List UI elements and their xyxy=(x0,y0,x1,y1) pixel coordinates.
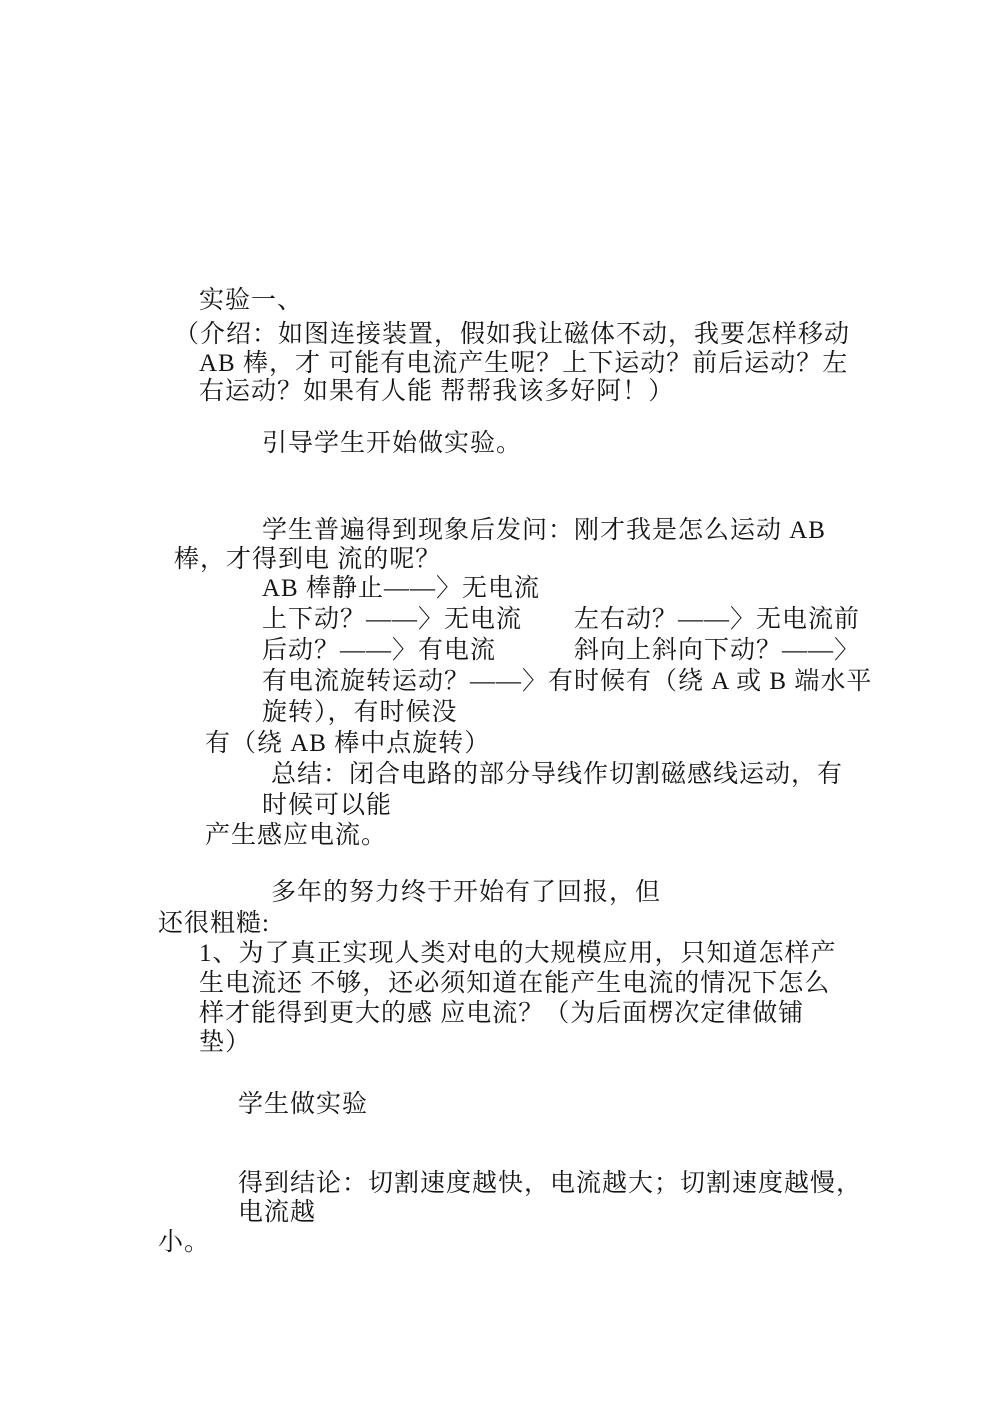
text-line: 1、为了真正实现人类对电的大规模应用，只知道怎样产 xyxy=(199,938,837,969)
text-line: 样才能得到更大的感 应电流？（为后面楞次定律做铺 xyxy=(199,998,804,1029)
text-line: 有电流旋转运动？——〉有时候有（绕 A 或 B 端水平 xyxy=(262,666,872,697)
text-line: （介绍：如图连接装置，假如我让磁体不动，我要怎样移动 xyxy=(174,319,850,350)
text-line: 垫） xyxy=(199,1027,251,1058)
text-line: 总结：闭合电路的部分导线作切割磁感线运动，有 xyxy=(271,759,843,790)
text-line: 还很粗糙: xyxy=(158,908,270,939)
text-line: 时候可以能 xyxy=(262,790,392,821)
text-line: 引导学生开始做实验。 xyxy=(262,428,522,459)
text-line: AB 棒，才 可能有电流产生呢？上下运动？前后运动？左 xyxy=(199,348,848,379)
text-line: 得到结论：切割速度越快，电流越大；切割速度越慢， xyxy=(238,1168,862,1199)
text-line: 上下动？——〉无电流 左右动？——〉无电流前 xyxy=(262,604,860,635)
text-line: 旋转），有时候没 xyxy=(262,697,458,728)
text-line: 小。 xyxy=(158,1227,210,1258)
text-line: 右运动？如果有人能 帮帮我该多好阿！） xyxy=(199,376,674,407)
text-line: 电流越 xyxy=(238,1197,316,1228)
text-line: 生电流还 不够，还必须知道在能产生电流的情况下怎么 xyxy=(199,968,830,999)
text-line: 有（绕 AB 棒中点旋转） xyxy=(205,728,490,759)
text-line: 后动？——〉有电流 斜向上斜向下动？——〉 xyxy=(262,635,860,666)
text-line: 实验一、 xyxy=(199,285,303,316)
text-line: 学生普遍得到现象后发问：刚才我是怎么运动 AB xyxy=(262,515,826,546)
text-line: AB 棒静止——〉无电流 xyxy=(262,573,540,604)
document-page: 实验一、 （介绍：如图连接装置，假如我让磁体不动，我要怎样移动 AB 棒，才 可… xyxy=(0,0,1000,1414)
text-line: 多年的努力终于开始有了回报，但 xyxy=(271,877,661,908)
text-line: 学生做实验 xyxy=(238,1089,368,1120)
text-line: 棒，才得到电 流的呢？ xyxy=(174,544,441,575)
text-line: 产生感应电流。 xyxy=(205,820,387,851)
